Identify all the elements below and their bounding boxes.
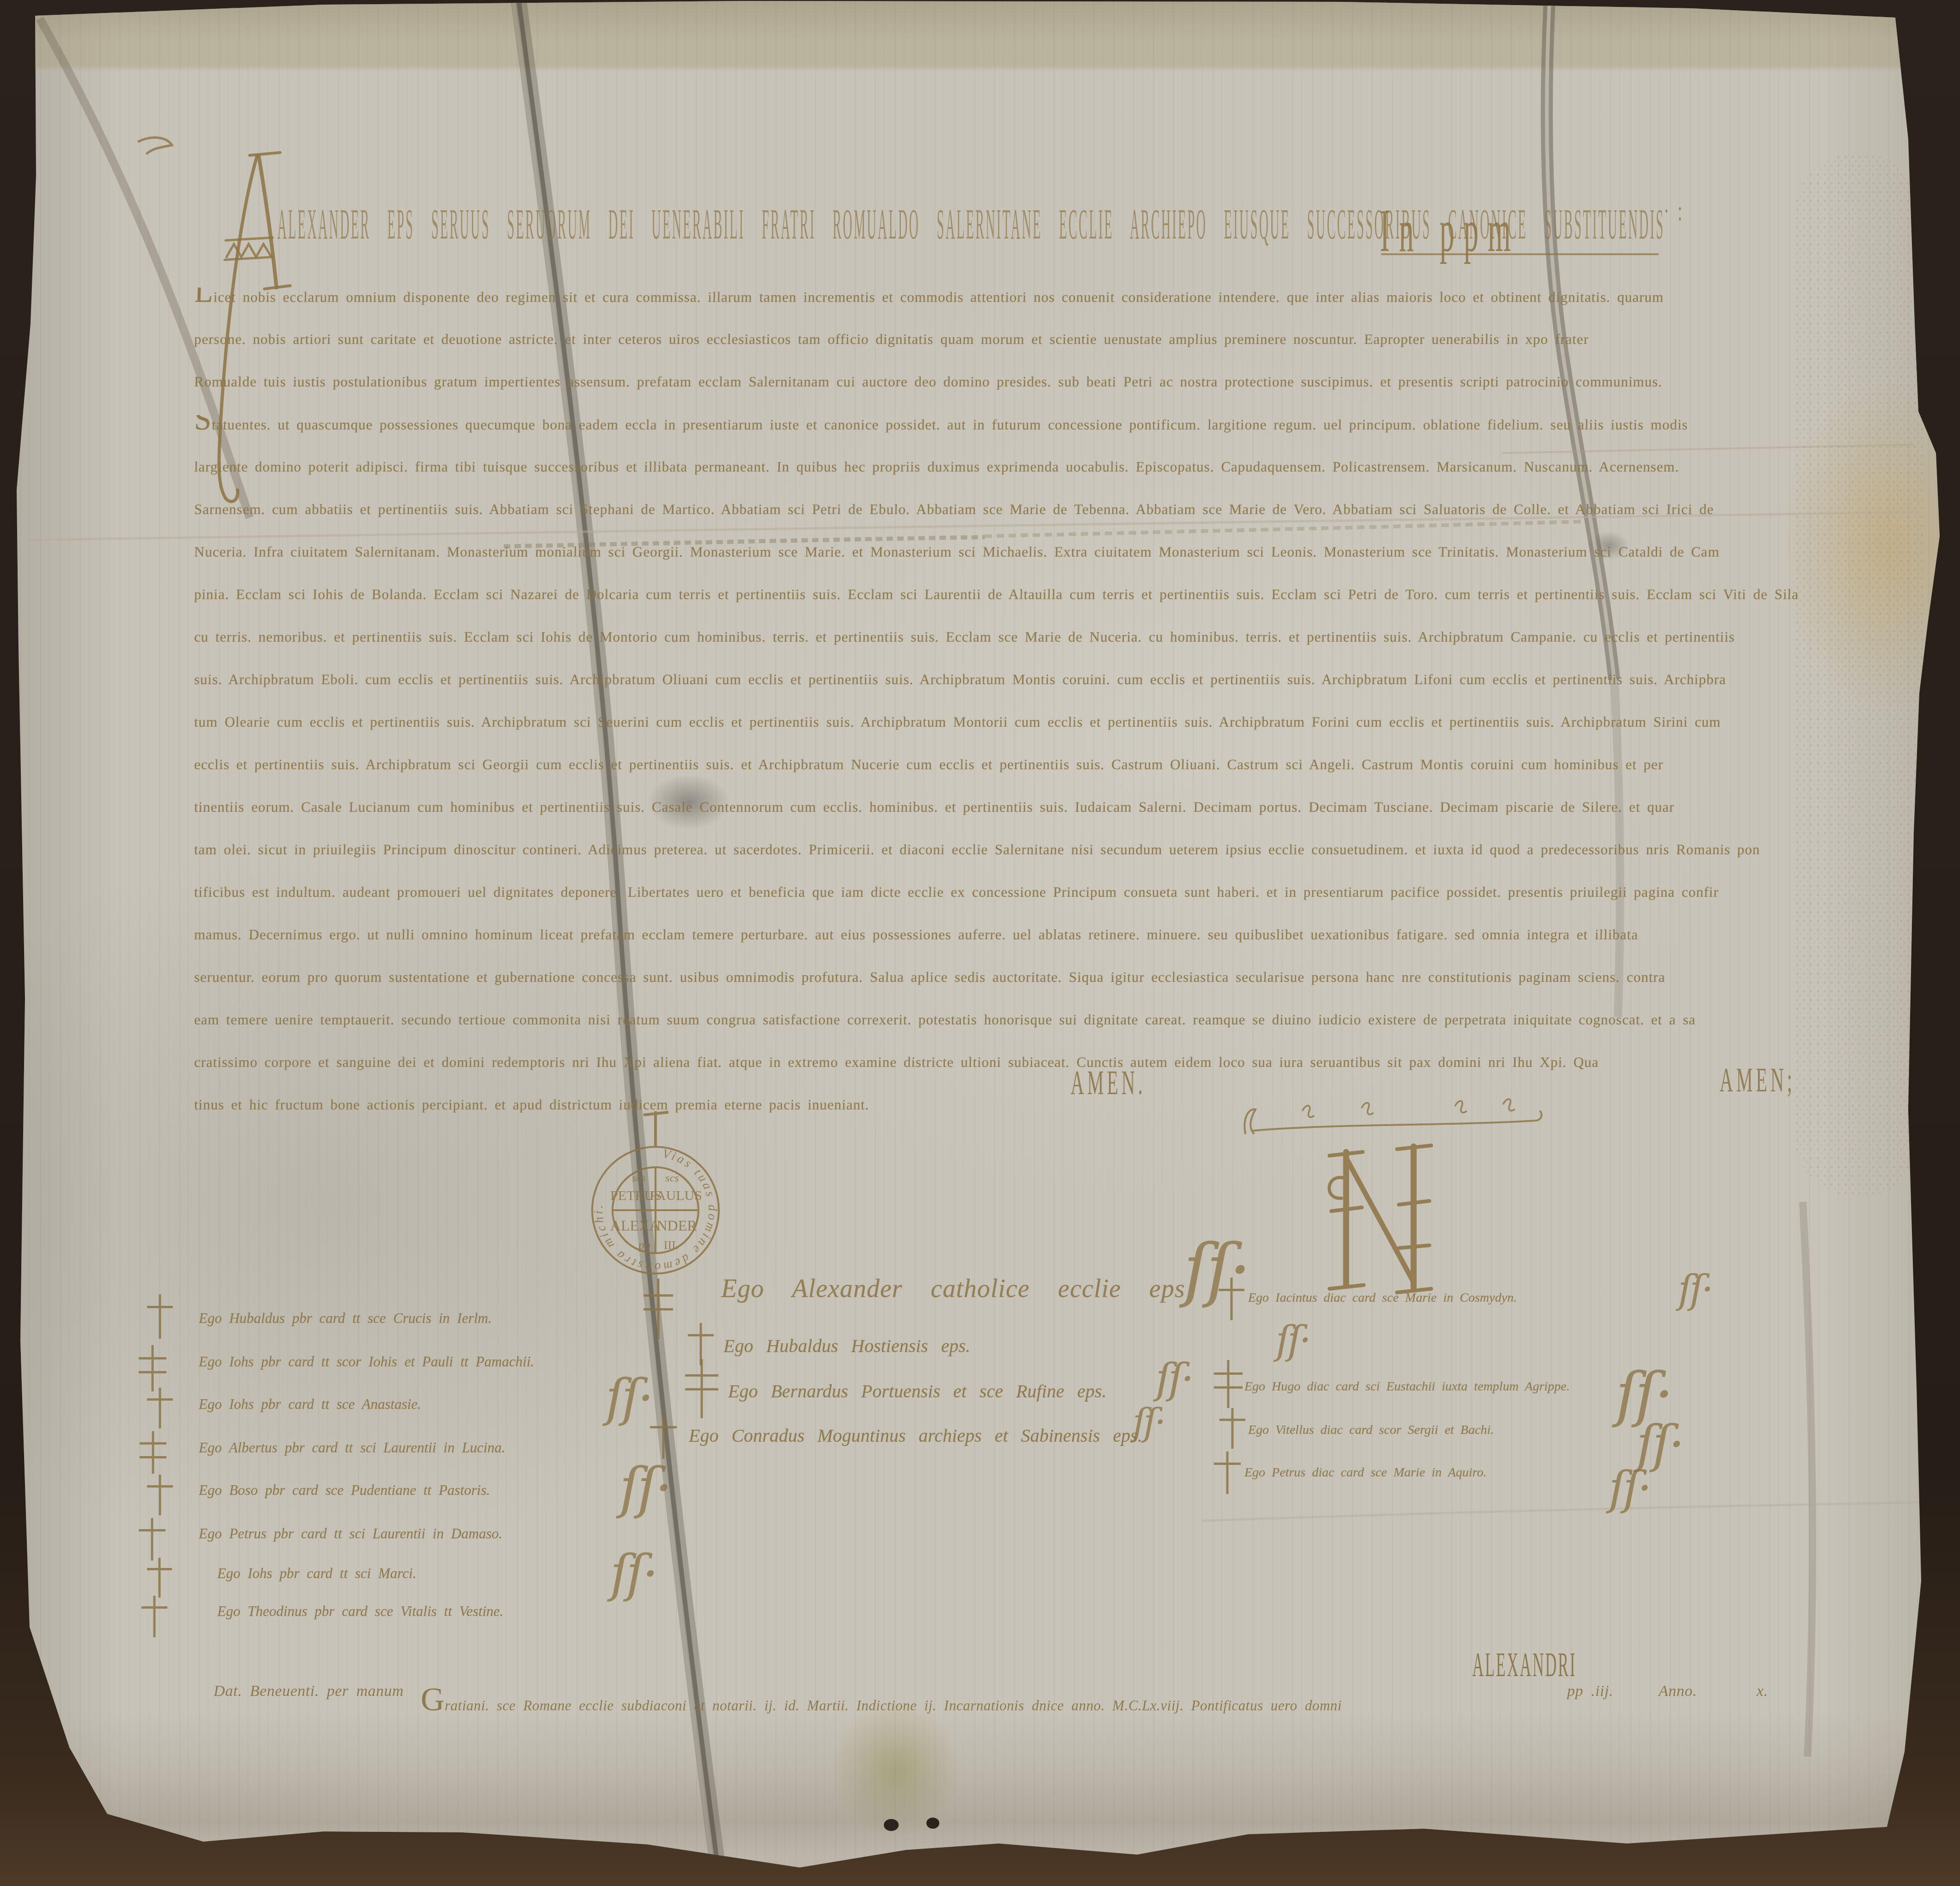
priest-signature: Ego Albertus pbr card tt sci Laurentii i…	[199, 1439, 505, 1456]
rota-paulus: PAULUS	[649, 1188, 702, 1203]
dating-anno: Anno.	[1659, 1683, 1697, 1700]
crease-bottomright	[1803, 1202, 1813, 1757]
bishop-signature: Ego Hubaldus Hostiensis eps.	[723, 1335, 970, 1357]
photograph-of-charter: scs scs PETRUS PAULUS ALEXA NDER pp III.…	[0, 0, 1960, 1886]
seal-hole-left	[884, 1819, 899, 1831]
priest-signature: Ego Iohs pbr card tt scor Iohis et Pauli…	[199, 1353, 534, 1370]
subscripsi-flourish: ſſ·	[610, 1544, 655, 1603]
signature-cross	[1219, 1408, 1245, 1449]
priest-signature: Ego Hubaldus pbr card tt sce Crucis in I…	[199, 1310, 492, 1327]
signature-cross	[139, 1518, 165, 1561]
in-perpetuum-marks: ·:	[1664, 196, 1691, 228]
signature-cross	[1219, 1278, 1244, 1320]
subscripsi-flourish: ſſ·	[619, 1456, 670, 1520]
body-line: tam olei. sicut in priuilegiis Principum…	[194, 840, 1799, 859]
signature-cross	[139, 1345, 166, 1391]
subscripsi-flourish: ſſ·	[1276, 1317, 1309, 1363]
body-line: Romualde tuis iustis postulationibus gra…	[194, 373, 1799, 391]
priest-signature: Ego Iohs pbr card tt sci Marci.	[217, 1565, 416, 1582]
body-line: ecclis et pertinentiis suis. Archipbratu…	[194, 755, 1799, 774]
subscripsi-flourish: ſſ·	[1609, 1461, 1649, 1515]
body-line: Nuceria. Infra ciuitatem Salernitanam. M…	[194, 543, 1799, 561]
body-line: cratissimo corpore et sanguine dei et do…	[194, 1053, 1799, 1072]
priest-signature: Ego Boso pbr card sce Pudentiane tt Past…	[199, 1482, 490, 1499]
body-line: eam temere uenire temptauerit. secundo t…	[194, 1010, 1799, 1029]
deacon-signature: Ego Vitellus diac card scor Sergii et Ba…	[1248, 1423, 1494, 1438]
amen-left: AMEN.	[1071, 1062, 1146, 1102]
rota-iii: III.	[664, 1238, 679, 1252]
dating-pope-name: ALEXANDRI	[1472, 1647, 1576, 1685]
deacon-signature: Ego Petrus diac card sce Marie in Aquiro…	[1244, 1465, 1487, 1480]
in-perpetuum: In ppm	[1380, 196, 1520, 266]
deacon-signature: Ego Iacintus diac card sce Marie in Cosm…	[1248, 1291, 1517, 1305]
deacon-signature: Ego Hugo diac card sci Eustachii iuxta t…	[1244, 1379, 1570, 1394]
subscripsi-flourish: ſſ·	[1133, 1401, 1164, 1444]
signature-cross	[147, 1475, 173, 1515]
body-line: mamus. Decernimus ergo. ut nulli omnino …	[194, 925, 1799, 944]
signature-cross	[147, 1388, 173, 1428]
body-line: Statuentes. ut quascumque possessiones q…	[194, 415, 1799, 434]
dating-pp-iii: pp .iij.	[1567, 1683, 1613, 1700]
priest-signature: Ego Petrus pbr card tt sci Laurentii in …	[199, 1525, 502, 1542]
signature-cross	[141, 1596, 167, 1637]
signature-cross	[1214, 1360, 1243, 1408]
signature-cross	[140, 1431, 166, 1474]
seal-hole-right	[926, 1818, 939, 1829]
body-line: cu terris. nemoribus. et pertinentiis su…	[194, 628, 1799, 646]
body-line: tinentiis eorum. Casale Lucianum cum hom…	[194, 798, 1799, 816]
body-line: persone. nobis artiori sunt caritate et …	[194, 330, 1799, 349]
body-line: Sarnensem. cum abbatiis et pertinentiis …	[194, 500, 1799, 519]
amen-right: AMEN;	[1720, 1059, 1795, 1100]
scratch-line	[1502, 445, 1914, 453]
rota-foot-cross	[643, 1279, 673, 1340]
body-line: seruentur. eorum pro quorum sustentation…	[194, 968, 1799, 986]
body-line: Licet nobis ecclarum omnium disponente d…	[194, 288, 1799, 306]
signature-cross	[650, 1414, 677, 1459]
dating-year-x: x.	[1757, 1683, 1768, 1700]
rota-scs-right: scs	[665, 1172, 679, 1184]
pope-subscription: Ego Alexander catholice ecclie eps	[721, 1274, 1185, 1304]
rota: scs scs PETRUS PAULUS ALEXA NDER pp III.…	[591, 1111, 720, 1274]
body-line: tificibus est indultum. audeant promouer…	[194, 883, 1799, 901]
bishop-signature: Ego Conradus Moguntinus archieps et Sabi…	[689, 1425, 1142, 1446]
dating-place: Dat. Beneuenti. per manum	[214, 1683, 404, 1700]
body-line: tum Olearie cum ecclis et pertinentiis s…	[194, 713, 1799, 731]
line-filler-flourish	[1244, 1099, 1541, 1133]
rota-alexa: ALEXA	[610, 1217, 660, 1234]
priest-signature: Ego Iohs pbr card tt sce Anastasie.	[199, 1396, 421, 1413]
subscripsi-flourish: ſſ·	[1678, 1267, 1711, 1312]
parchment: scs scs PETRUS PAULUS ALEXA NDER pp III.…	[0, 0, 1960, 1886]
initial-A	[139, 138, 290, 502]
signature-cross	[147, 1294, 173, 1339]
bishop-signature: Ego Bernardus Portuensis et sce Rufine e…	[728, 1380, 1107, 1402]
in-perpetuum-bar	[1381, 253, 1659, 255]
signature-cross	[1214, 1451, 1241, 1494]
rota-pp: pp	[637, 1238, 650, 1252]
subscripsi-flourish: ſſ·	[1156, 1354, 1191, 1403]
signature-cross	[147, 1558, 172, 1598]
rota-scs-left: scs	[632, 1172, 645, 1184]
rota-nder: NDER	[656, 1217, 697, 1234]
body-line: tinus et hic fructum bone actionis perci…	[194, 1096, 1072, 1114]
benevalete-monogram	[1329, 1145, 1431, 1292]
signature-cross	[685, 1359, 718, 1418]
priest-signature: Ego Theodinus pbr card sce Vitalis tt Ve…	[217, 1603, 503, 1620]
body-line: pinia. Ecclam sci Iohis de Bolanda. Eccl…	[194, 585, 1799, 604]
subscripsi-flourish: ſſ·	[606, 1368, 651, 1427]
dating-scriptor: Gratiani. sce Romane ecclie subdiaconi e…	[421, 1681, 1342, 1719]
body-line: suis. Archipbratum Eboli. cum ecclis et …	[194, 670, 1799, 689]
body-line: largiente domino poterit adipisci. firma…	[194, 458, 1799, 476]
